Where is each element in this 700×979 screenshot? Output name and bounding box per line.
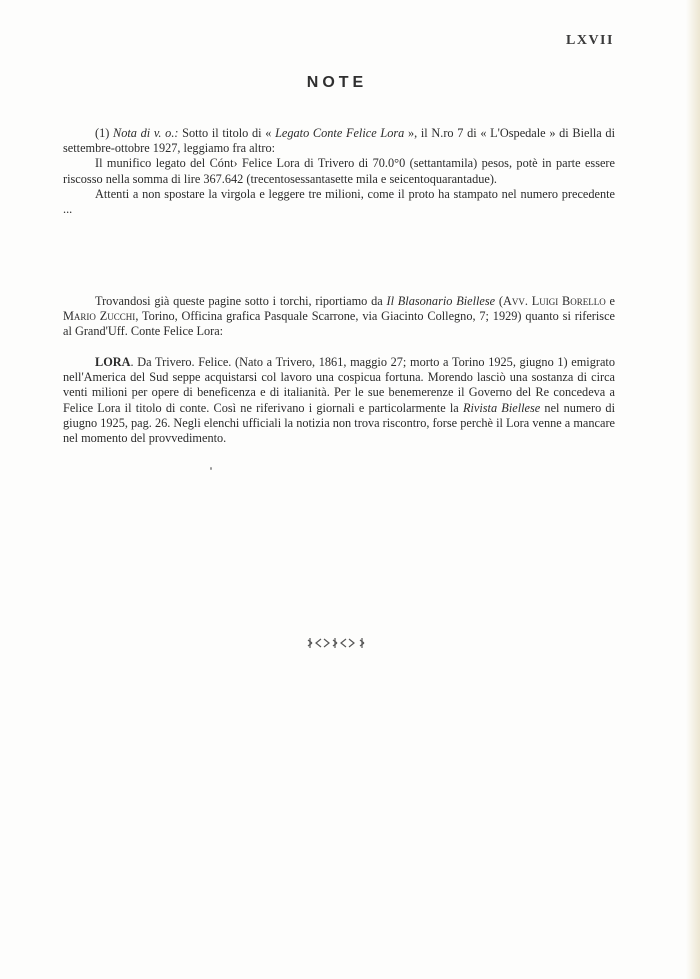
note-1: (1) Nota di v. o.: Sotto il titolo di « … — [63, 126, 615, 217]
entry-name: LORA — [95, 355, 131, 369]
paper-speck — [210, 467, 212, 470]
text-span: Trovandosi già queste pagine sotto i tor… — [95, 294, 386, 308]
note-3: LORA. Da Trivero. Felice. (Nato a Triver… — [63, 355, 615, 446]
page-number: LXVII — [566, 33, 614, 49]
note-1-quote: Il munifico legato del Cónt› Felice Lora… — [63, 156, 615, 186]
ornament-icon — [307, 637, 367, 649]
text-span: , Torino, Officina grafica Pasquale Scar… — [63, 309, 615, 338]
text-span: ( — [495, 294, 503, 308]
text-span: Sotto il titolo di « — [179, 126, 276, 140]
note-2-intro: Trovandosi già queste pagine sotto i tor… — [63, 294, 615, 340]
author-name: Mario Zucchi — [63, 309, 135, 323]
text-span: e — [606, 294, 615, 308]
note-number: (1) — [95, 126, 113, 140]
paper-edge — [686, 0, 700, 979]
source-title: Il Blasonario Biellese — [386, 294, 495, 308]
note-1-comment: Attenti a non spostare la virgola e legg… — [63, 187, 615, 217]
blason-entry: LORA. Da Trivero. Felice. (Nato a Triver… — [63, 355, 615, 446]
article-title: Legato Conte Felice Lora — [275, 126, 404, 140]
note-1-intro: (1) Nota di v. o.: Sotto il titolo di « … — [63, 126, 615, 156]
note-2: Trovandosi già queste pagine sotto i tor… — [63, 294, 615, 340]
page-title: NOTE — [0, 74, 674, 92]
source-title: Rivista Biellese — [463, 401, 540, 415]
note-label: Nota di v. o.: — [113, 126, 178, 140]
decorative-ornament — [0, 637, 674, 652]
author-name: Avv. Luigi Borello — [503, 294, 606, 308]
